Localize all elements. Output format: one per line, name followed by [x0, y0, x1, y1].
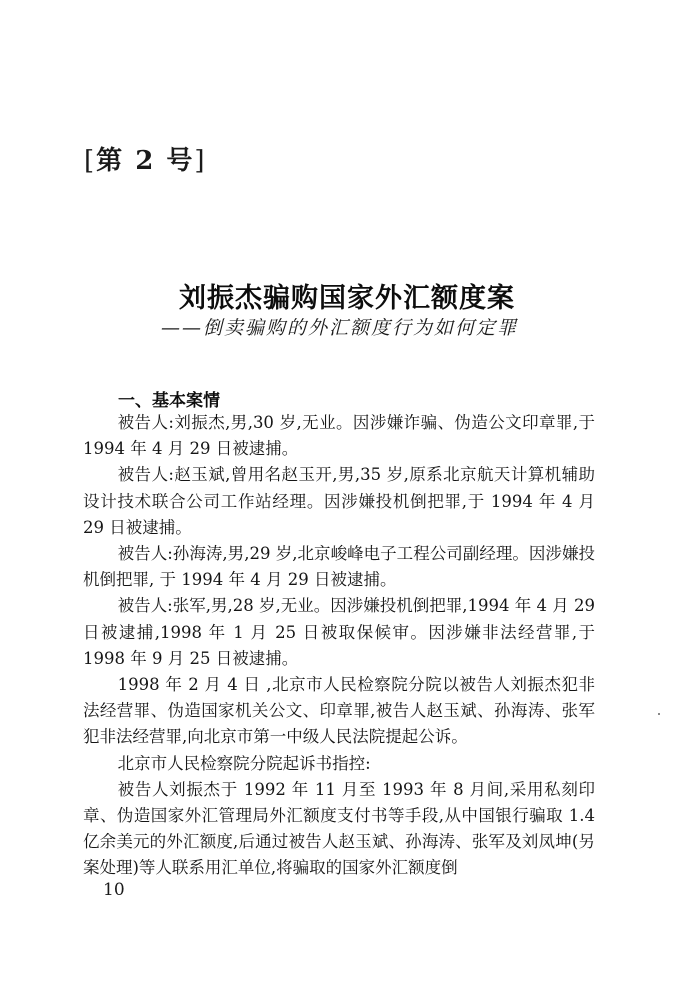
case-title: 刘振杰骗购国家外汇额度案 — [0, 276, 694, 315]
paragraph-defendant-zhao: 被告人:赵玉斌,曾用名赵玉开,男,35 岁,原系北京航天计算机辅助设计技术联合公… — [83, 462, 595, 541]
paragraph-indictment-intro: 北京市人民检察院分院起诉书指控: — [83, 751, 595, 777]
case-number-open-bracket: [ — [84, 146, 96, 176]
case-subtitle: ——倒卖骗购的外汇额度行为如何定罪 — [161, 313, 518, 340]
case-number-label: 第 2 号 — [96, 146, 194, 176]
section-heading-basic-facts: 一、基本案情 — [118, 386, 220, 411]
case-number: [第 2 号] — [84, 140, 207, 177]
case-number-close-bracket: ] — [194, 146, 206, 176]
paragraph-indictment-details: 被告人刘振杰于 1992 年 11 月至 1993 年 8 月间,采用私刻印章、… — [83, 777, 595, 882]
page-number: 10 — [103, 880, 125, 900]
paragraph-prosecution: 1998 年 2 月 4 日 ,北京市人民检察院分院以被告人刘振杰犯非法经营罪、… — [83, 672, 595, 751]
paragraph-defendant-zhang: 被告人:张军,男,28 岁,无业。因涉嫌投机倒把罪,1994 年 4 月 29 … — [83, 593, 595, 672]
body-text: 被告人:刘振杰,男,30 岁,无业。因涉嫌诈骗、伪造公文印章罪,于 1994 年… — [83, 410, 595, 882]
scan-speck — [658, 713, 660, 715]
paragraph-defendant-liu: 被告人:刘振杰,男,30 岁,无业。因涉嫌诈骗、伪造公文印章罪,于 1994 年… — [83, 410, 595, 462]
paragraph-defendant-sun: 被告人:孙海涛,男,29 岁,北京峻峰电子工程公司副经理。因涉嫌投机倒把罪, 于… — [83, 541, 595, 593]
